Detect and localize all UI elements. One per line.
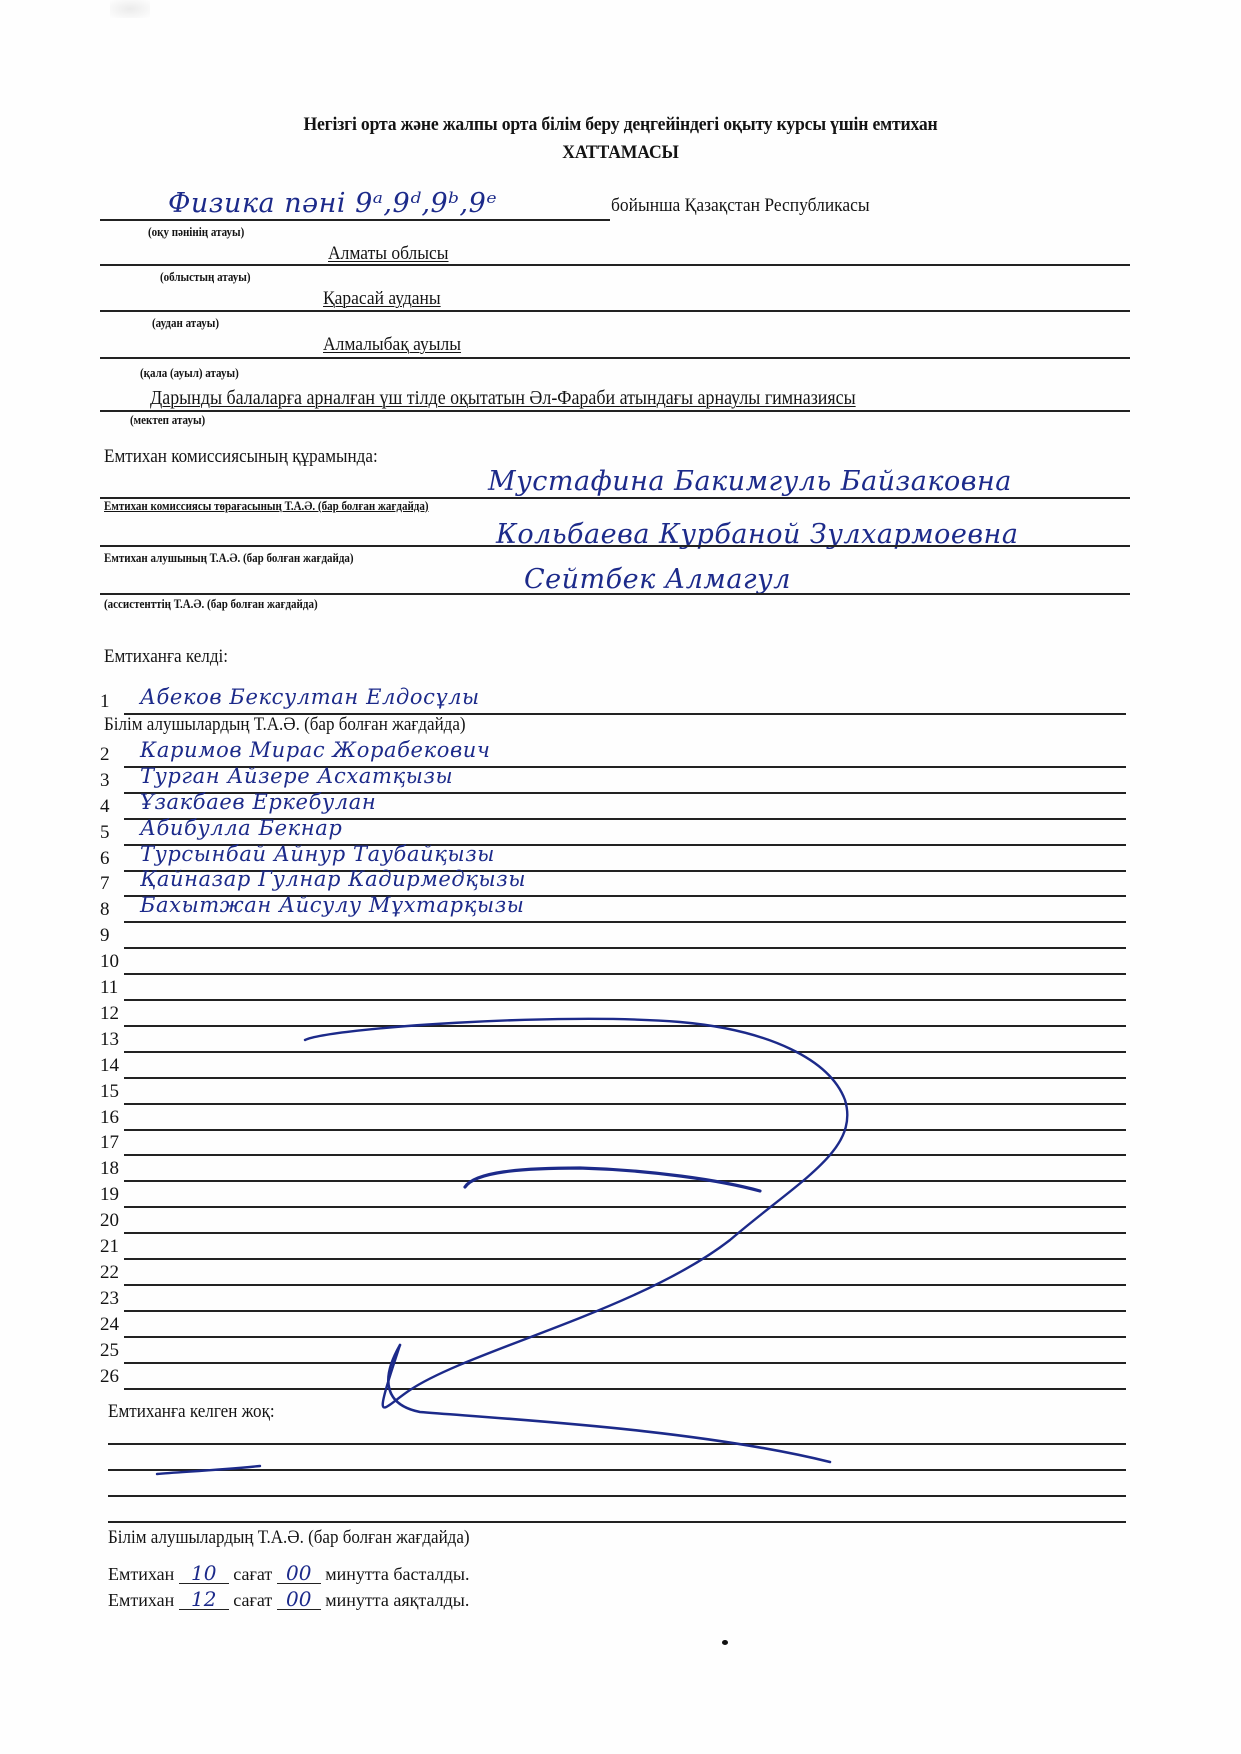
student-name-field[interactable]: Каримов Мирас Жорабекович bbox=[140, 738, 491, 762]
end-hours-label: сағат bbox=[233, 1590, 272, 1610]
student-row-number: 22 bbox=[100, 1262, 130, 1284]
student-row-line bbox=[124, 1310, 1126, 1312]
village-caption: (қала (ауыл) атауы) bbox=[140, 366, 239, 381]
village-underline bbox=[100, 357, 1130, 359]
student-row-line bbox=[124, 1025, 1126, 1027]
absent-caption: Білім алушылардың Т.А.Ә. (бар болған жағ… bbox=[108, 1528, 470, 1549]
chairman-caption: Емтихан комиссиясы төрағасының Т.А.Ә. (б… bbox=[104, 499, 429, 514]
student-row-number: 18 bbox=[100, 1158, 130, 1180]
end-suffix: минутта аяқталды. bbox=[325, 1590, 469, 1610]
region-caption: (облыстың атауы) bbox=[160, 270, 251, 285]
assistant-caption: (ассистенттің Т.А.Ә. (бар болған жағдайд… bbox=[104, 597, 318, 612]
attended-heading: Емтиханға келді: bbox=[104, 646, 228, 668]
student-row-line bbox=[124, 921, 1126, 923]
student-row-line bbox=[124, 1077, 1126, 1079]
student-row-number: 9 bbox=[100, 925, 130, 947]
student-row-line bbox=[124, 1232, 1126, 1234]
absent-line-1[interactable] bbox=[108, 1443, 1126, 1445]
absent-heading: Емтиханға келген жоқ: bbox=[108, 1401, 275, 1423]
exam-end-line: Емтихан 12 сағат 00 минутта аяқталды. bbox=[108, 1589, 469, 1611]
student-row-line bbox=[124, 1388, 1126, 1390]
student-row-number: 3 bbox=[100, 770, 130, 792]
end-minutes-field[interactable]: 00 bbox=[277, 1589, 321, 1610]
document-title: Негізгі орта және жалпы орта білім беру … bbox=[43, 114, 1197, 136]
student-row-number: 16 bbox=[100, 1107, 130, 1129]
student-name-field[interactable]: Абеков Бексултан Елдосұлы bbox=[140, 685, 480, 709]
student-row-line bbox=[124, 1206, 1126, 1208]
student-row-line bbox=[124, 973, 1126, 975]
assistant-field[interactable]: Сейтбек Алмагул bbox=[524, 564, 791, 595]
student-row-line bbox=[124, 1336, 1126, 1338]
start-suffix: минутта басталды. bbox=[325, 1564, 469, 1584]
student-row-number: 2 bbox=[100, 744, 130, 766]
student-row-number: 17 bbox=[100, 1132, 130, 1154]
subject-underline bbox=[100, 219, 610, 221]
district-caption: (аудан атауы) bbox=[152, 316, 219, 331]
absent-line-3[interactable] bbox=[108, 1495, 1126, 1497]
student-row-line bbox=[124, 999, 1126, 1001]
student-name-field[interactable]: Ұзакбаев Еркебулан bbox=[140, 790, 376, 814]
scan-smudge bbox=[110, 0, 150, 18]
student-row-number: 12 bbox=[100, 1003, 130, 1025]
student-row-number: 19 bbox=[100, 1184, 130, 1206]
school-underline bbox=[100, 410, 1130, 412]
student-name-field[interactable]: Турган Айзере Асхатқызы bbox=[140, 764, 453, 788]
examiner-caption: Емтихан алушының Т.А.Ә. (бар болған жағд… bbox=[104, 551, 354, 566]
absent-line-4[interactable] bbox=[108, 1521, 1126, 1523]
student-row-line bbox=[124, 1362, 1126, 1364]
student-row-number: 23 bbox=[100, 1288, 130, 1310]
student-row-line bbox=[124, 1103, 1126, 1105]
chairman-field[interactable]: Мустафина Бакимгуль Байзаковна bbox=[488, 466, 1012, 497]
assistant-underline bbox=[100, 593, 1130, 595]
student-row-line bbox=[124, 1180, 1126, 1182]
student-row-number: 25 bbox=[100, 1340, 130, 1362]
start-prefix: Емтихан bbox=[108, 1564, 174, 1584]
student-row-number: 15 bbox=[100, 1081, 130, 1103]
student-row-number: 4 bbox=[100, 796, 130, 818]
student-row-number: 10 bbox=[100, 951, 130, 973]
absent-line-2[interactable] bbox=[108, 1469, 1126, 1471]
document-subtitle: ХАТТАМАСЫ bbox=[43, 142, 1197, 164]
subject-field[interactable]: Физика пәні 9ᵃ,9ᵈ,9ᵇ,9ᵉ bbox=[168, 188, 497, 219]
exam-protocol-page: Негізгі орта және жалпы орта білім беру … bbox=[0, 0, 1241, 1754]
start-hours-field[interactable]: 10 bbox=[179, 1563, 229, 1584]
student-row-number: 20 bbox=[100, 1210, 130, 1232]
examiner-underline bbox=[100, 545, 1130, 547]
student-row-number: 7 bbox=[100, 873, 130, 895]
ink-dot bbox=[722, 1640, 728, 1645]
school-caption: (мектеп атауы) bbox=[130, 413, 205, 428]
student-row-number: 24 bbox=[100, 1314, 130, 1336]
subject-suffix: бойынша Қазақстан Республикасы bbox=[611, 195, 870, 217]
student-row-line bbox=[124, 1129, 1126, 1131]
student-row-line bbox=[124, 1051, 1126, 1053]
student-name-field[interactable]: Қайназар Гулнар Кадирмедқызы bbox=[140, 867, 526, 891]
student-row-number: 13 bbox=[100, 1029, 130, 1051]
district-underline bbox=[100, 310, 1130, 312]
commission-heading: Емтихан комиссиясының құрамында: bbox=[104, 446, 378, 468]
district-field[interactable]: Қарасай ауданы bbox=[323, 288, 441, 310]
student-name-field[interactable]: Абибулла Бекнар bbox=[140, 816, 342, 840]
subject-caption: (оқу пәнінің атауы) bbox=[148, 225, 244, 240]
school-field[interactable]: Дарынды балаларға арналған үш тілде оқыт… bbox=[150, 388, 856, 410]
region-field[interactable]: Алматы облысы bbox=[328, 243, 449, 265]
start-hours-label: сағат bbox=[233, 1564, 272, 1584]
student-row-line bbox=[124, 1154, 1126, 1156]
student-row-line bbox=[124, 1258, 1126, 1260]
student-row-line bbox=[124, 947, 1126, 949]
student-name-field[interactable]: Турсынбай Айнур Таубайқызы bbox=[140, 842, 495, 866]
exam-start-line: Емтихан 10 сағат 00 минутта басталды. bbox=[108, 1563, 469, 1585]
student-row-number: 1 bbox=[100, 691, 130, 713]
region-underline bbox=[100, 264, 1130, 266]
village-field[interactable]: Алмалыбақ ауылы bbox=[323, 334, 461, 356]
start-minutes-field[interactable]: 00 bbox=[277, 1563, 321, 1584]
student-row-number: 11 bbox=[100, 977, 130, 999]
end-hours-field[interactable]: 12 bbox=[179, 1589, 229, 1610]
end-prefix: Емтихан bbox=[108, 1590, 174, 1610]
student-row-number: 14 bbox=[100, 1055, 130, 1077]
students-caption: Білім алушылардың Т.А.Ә. (бар болған жағ… bbox=[104, 715, 466, 736]
student-row-number: 8 bbox=[100, 899, 130, 921]
student-row-number: 26 bbox=[100, 1366, 130, 1388]
student-row-number: 21 bbox=[100, 1236, 130, 1258]
student-row-number: 6 bbox=[100, 848, 130, 870]
student-row-line bbox=[124, 1284, 1126, 1286]
student-row-number: 5 bbox=[100, 822, 130, 844]
student-name-field[interactable]: Бахытжан Айсулу Мұхтарқызы bbox=[140, 893, 524, 917]
